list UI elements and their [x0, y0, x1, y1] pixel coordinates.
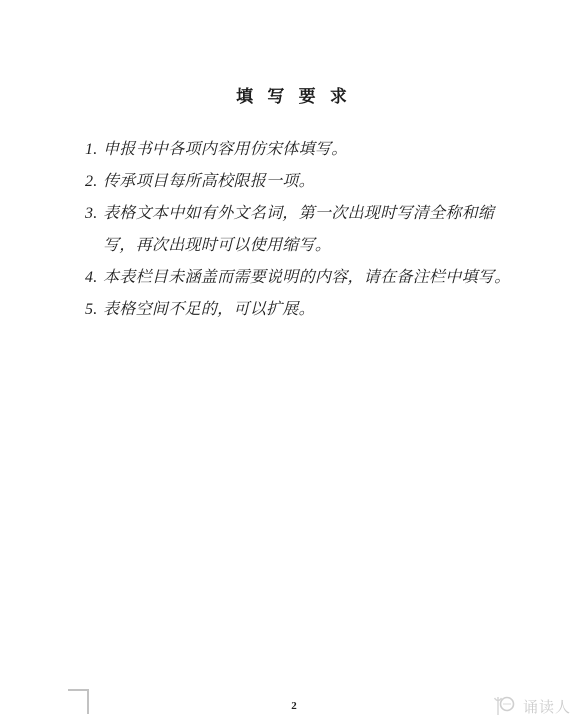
list-item-text: 表格空间不足的，可以扩展。	[103, 294, 515, 326]
page-title: 填 写 要 求	[0, 82, 588, 107]
list-item-number: 5.	[85, 294, 103, 326]
document-page: 填 写 要 求 1. 申报书中各项内容用仿宋体填写。 2. 传承项目每所高校限报…	[0, 0, 588, 723]
list-item: 3. 表格文本中如有外文名词，第一次出现时写清全称和缩写，再次出现时可以使用缩写…	[85, 198, 517, 262]
list-item-number: 2.	[85, 166, 103, 198]
list-item-text: 表格文本中如有外文名词，第一次出现时写清全称和缩写，再次出现时可以使用缩写。	[103, 198, 515, 262]
list-item: 2. 传承项目每所高校限报一项。	[85, 166, 517, 198]
list-item-text: 申报书中各项内容用仿宋体填写。	[103, 134, 515, 166]
list-item-number: 3.	[85, 198, 103, 230]
list-item-text: 本表栏目未涵盖而需要说明的内容，请在备注栏中填写。	[103, 262, 515, 294]
list-item: 1. 申报书中各项内容用仿宋体填写。	[85, 134, 517, 166]
list-item: 4. 本表栏目未涵盖而需要说明的内容，请在备注栏中填写。	[85, 262, 517, 294]
list-item-text: 传承项目每所高校限报一项。	[103, 166, 515, 198]
list-item-number: 4.	[85, 262, 103, 294]
watermark: 诵读人	[492, 694, 571, 718]
reader-logo-icon	[492, 694, 518, 718]
requirements-list: 1. 申报书中各项内容用仿宋体填写。 2. 传承项目每所高校限报一项。 3. 表…	[85, 134, 517, 326]
list-item-number: 1.	[85, 134, 103, 166]
watermark-text: 诵读人	[523, 696, 571, 717]
list-item: 5. 表格空间不足的，可以扩展。	[85, 294, 517, 326]
